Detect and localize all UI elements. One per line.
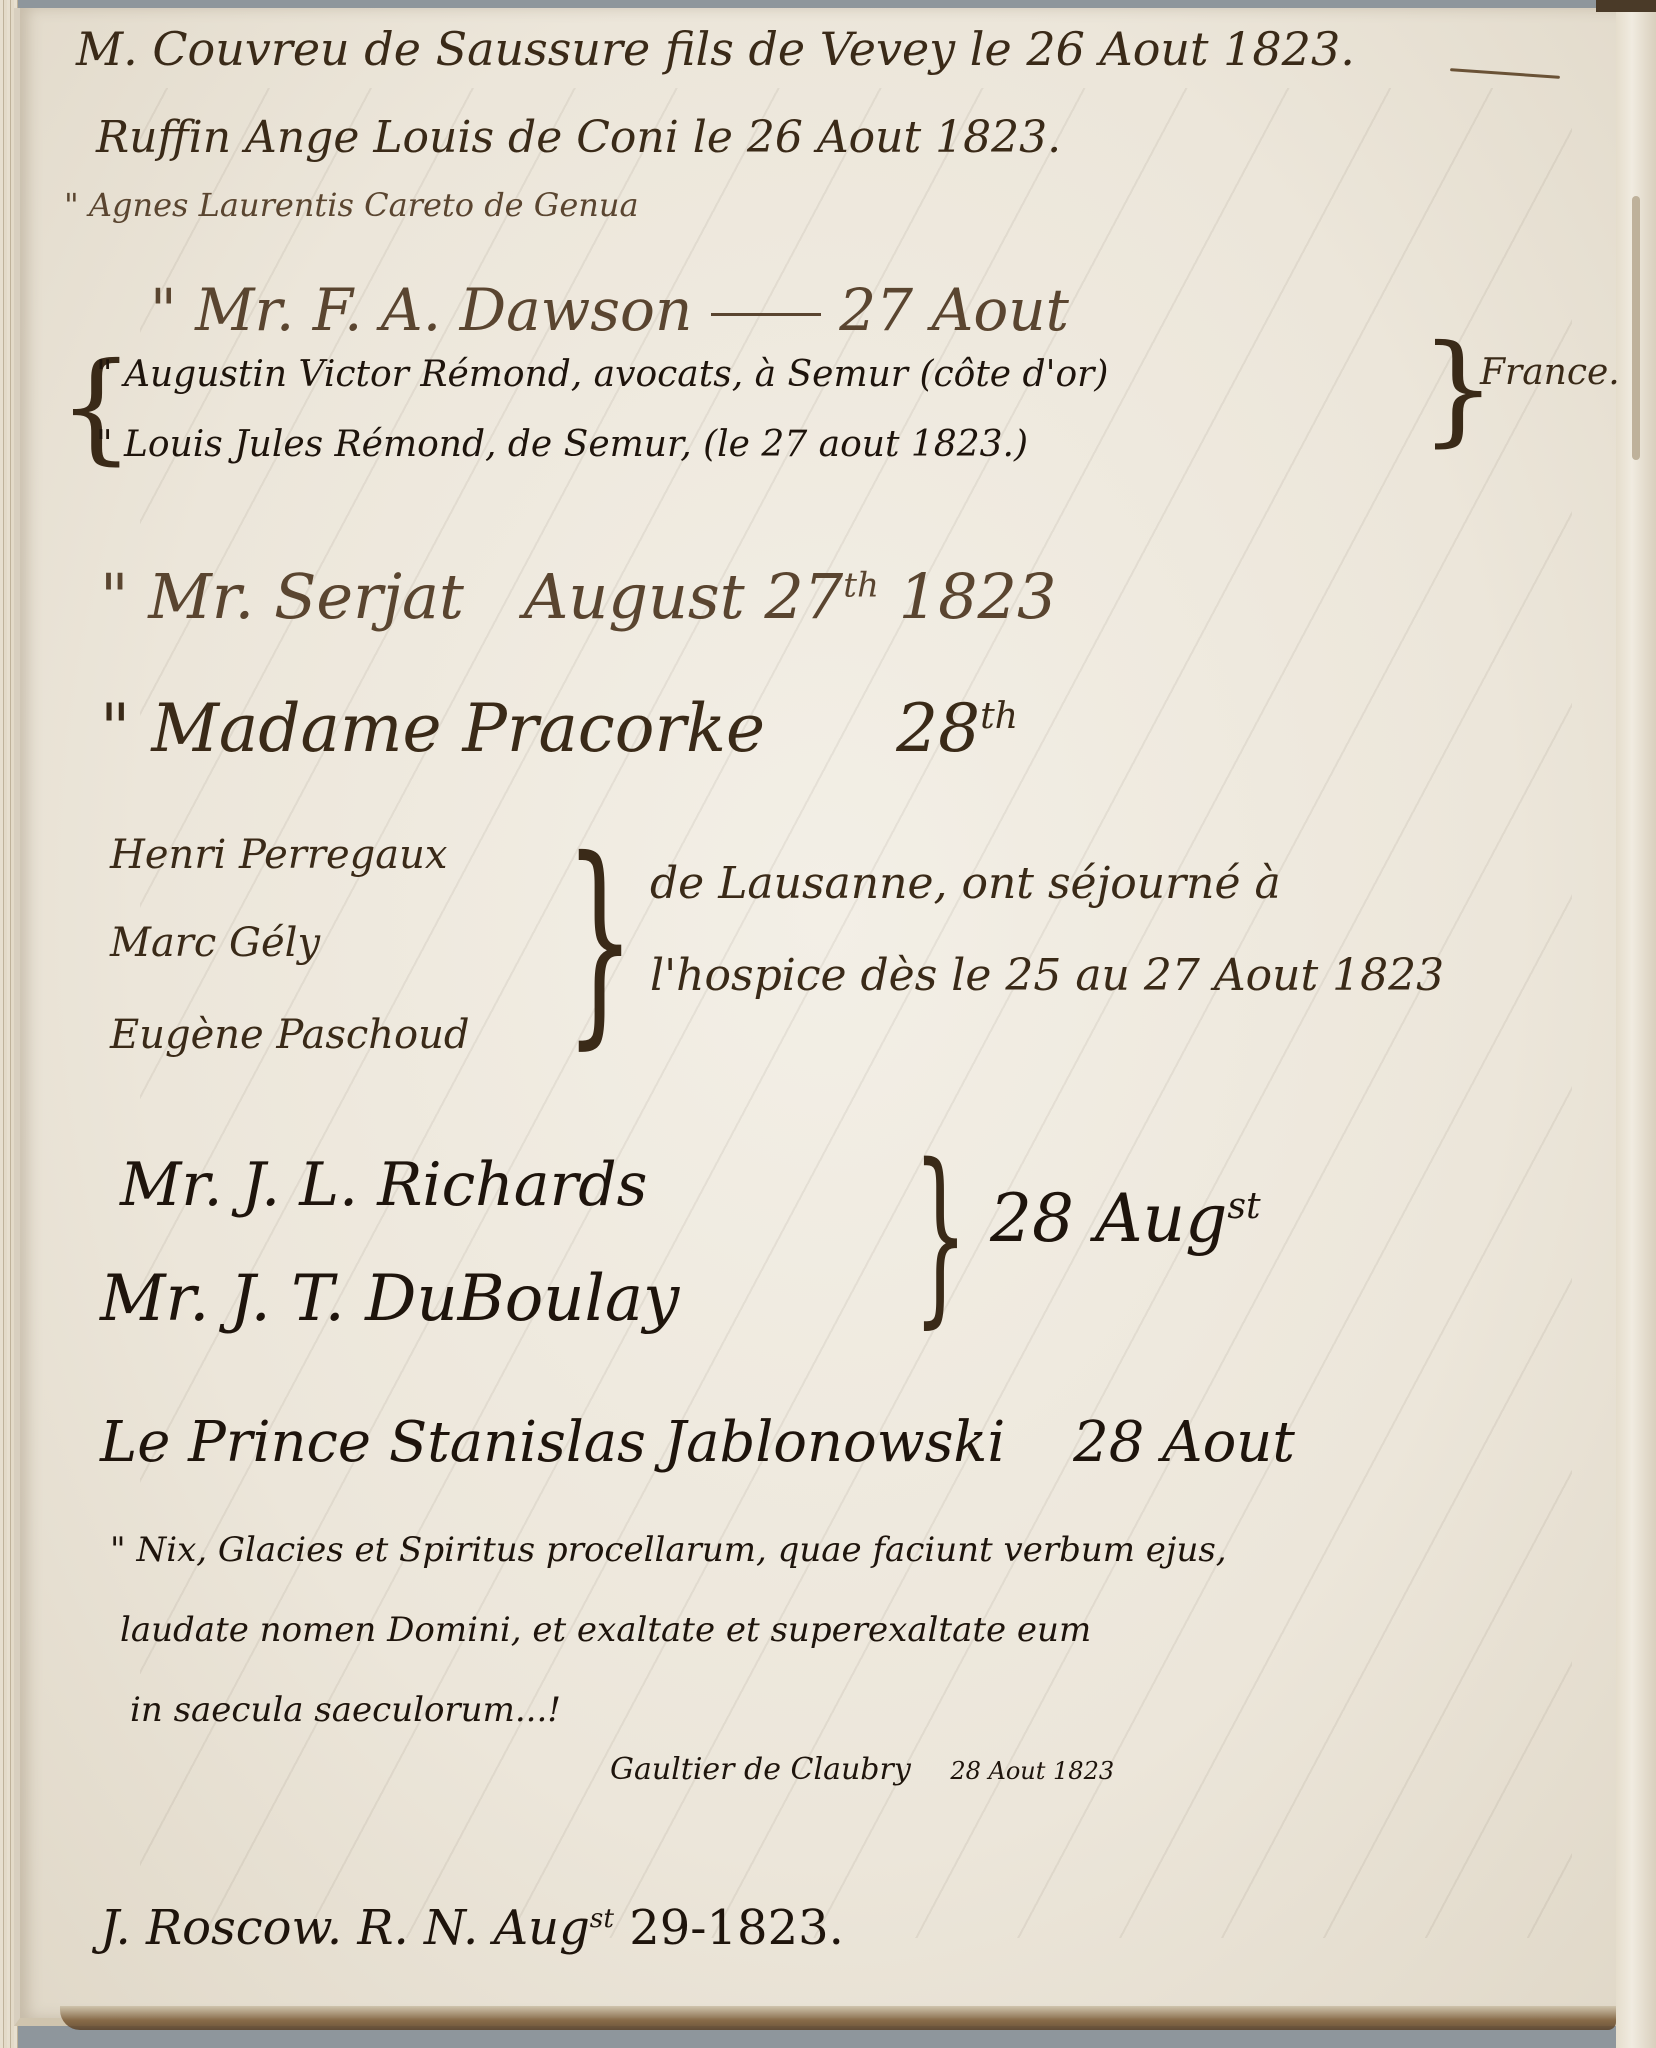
- signature-date: 28 Aout 1823: [950, 1757, 1114, 1785]
- serjat-name: " Mr. Serjat: [100, 560, 464, 633]
- roscow-date-sup: st: [590, 1903, 614, 1934]
- lausanne-note-2: l'hospice dès le 25 au 27 Aout 1823: [650, 950, 1444, 1001]
- entry-saussure: M. Couvreu de Saussure fils de Vevey le …: [76, 22, 1355, 76]
- serjat-date: August 27: [524, 560, 844, 633]
- richards-name-1: Mr. J. L. Richards: [120, 1150, 647, 1220]
- roscow-date: 29-1823.: [629, 1900, 844, 1956]
- entry-pracorke: " Madame Pracorke 28th: [100, 690, 1018, 767]
- binding-thread: [1632, 196, 1640, 460]
- serjat-year: 1823: [899, 560, 1057, 633]
- richards-date: 28 Augst: [990, 1180, 1261, 1257]
- latin-signature: Gaultier de Claubry 28 Aout 1823: [610, 1752, 1114, 1787]
- richards-name-2: Mr. J. T. DuBoulay: [100, 1262, 679, 1336]
- entry-dawson: " Mr. F. A. Dawson 27 Aout: [150, 276, 1069, 344]
- signature-name: Gaultier de Claubry: [610, 1752, 911, 1787]
- cover-edge: [1596, 0, 1656, 12]
- entry-remond-1: " Augustin Victor Rémond, avocats, à Sem…: [96, 354, 1108, 395]
- dawson-rule: [711, 313, 821, 316]
- dawson-name: " Mr. F. A. Dawson: [150, 276, 692, 344]
- richards-date-text: 28 Aug: [990, 1180, 1227, 1257]
- richards-brace: }: [913, 1140, 967, 1330]
- lausanne-name-2: Marc Gély: [110, 920, 320, 966]
- entry-ruffin: Ruffin Ange Louis de Coni le 26 Aout 182…: [96, 112, 1061, 163]
- pracorke-date-sup: th: [980, 694, 1018, 737]
- entry-jablonowski: Le Prince Stanislas Jablonowski 28 Aout: [100, 1410, 1295, 1475]
- lausanne-name-1: Henri Perregaux: [110, 832, 447, 878]
- entry-serjat: " Mr. Serjat August 27th 1823: [100, 560, 1056, 633]
- remond-country: France.: [1480, 352, 1620, 393]
- latin-line-3: in saecula saeculorum...!: [130, 1690, 561, 1730]
- pracorke-name: " Madame Pracorke: [100, 690, 765, 767]
- lausanne-note-1: de Lausanne, ont séjourné à: [650, 858, 1281, 909]
- jablonowski-name: Le Prince Stanislas Jablonowski: [100, 1410, 1005, 1475]
- pracorke-date: 28: [896, 690, 980, 767]
- roscow-name: J. Roscow. R. N. Aug: [100, 1900, 590, 1956]
- lausanne-brace: }: [565, 830, 635, 1050]
- bottom-page-edge: [60, 2006, 1616, 2030]
- lausanne-name-3: Eugène Paschoud: [110, 1012, 470, 1058]
- latin-line-2: laudate nomen Domini, et exaltate et sup…: [120, 1610, 1091, 1650]
- dawson-date: 27 Aout: [839, 276, 1069, 344]
- richards-date-sup: st: [1227, 1184, 1260, 1227]
- latin-line-1: " Nix, Glacies et Spiritus procellarum, …: [110, 1530, 1227, 1570]
- entry-remond-2: " Louis Jules Rémond, de Semur, (le 27 a…: [96, 424, 1028, 465]
- serjat-date-sup: th: [843, 565, 879, 605]
- entry-roscow: J. Roscow. R. N. Augst 29-1823.: [100, 1900, 844, 1956]
- entry-careto: " Agnes Laurentis Careto de Genua: [64, 186, 639, 224]
- jablonowski-date: 28 Aout: [1073, 1410, 1295, 1475]
